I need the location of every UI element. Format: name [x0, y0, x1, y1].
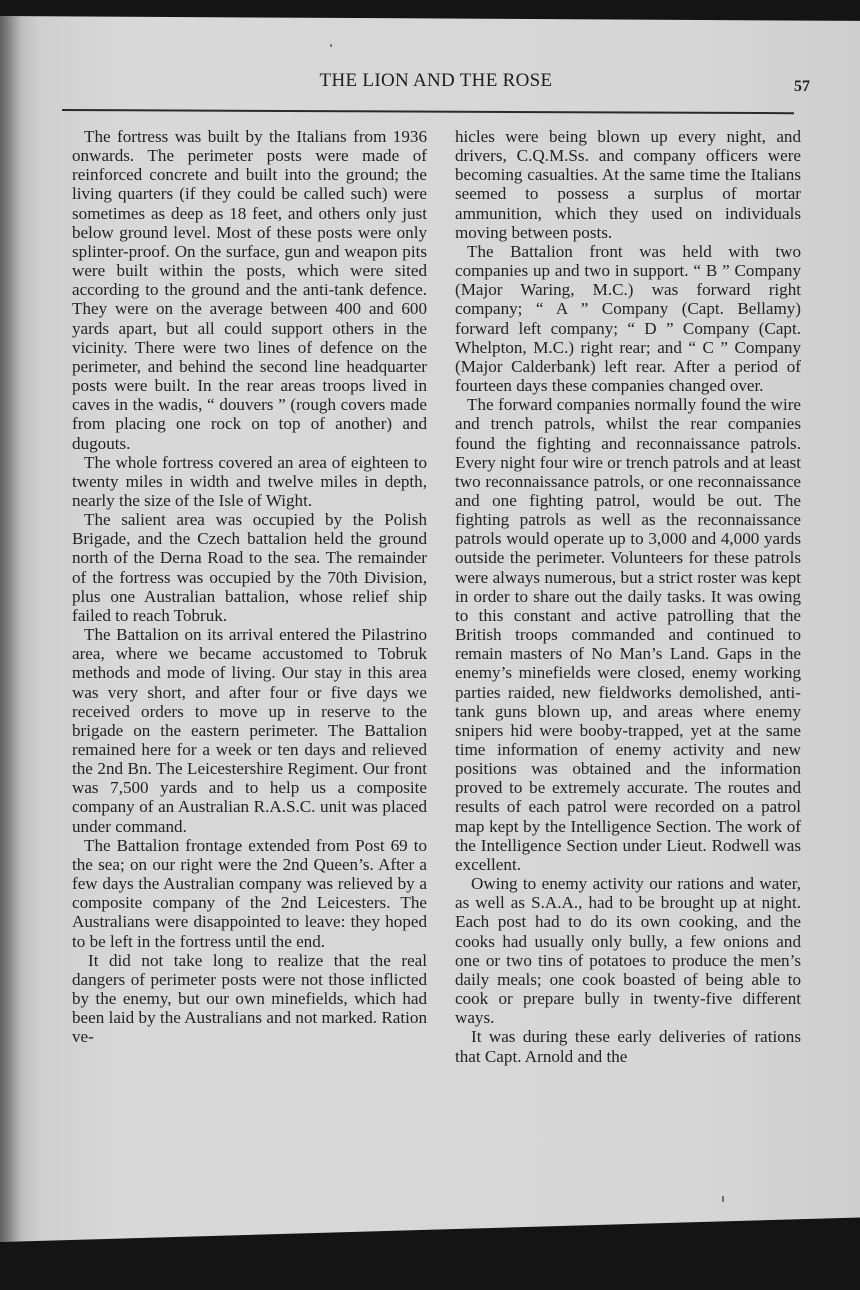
book-page: THE LION AND THE ROSE 57 The fortress wa…: [0, 16, 860, 1242]
paragraph: It was during these early deliveries of …: [455, 1027, 801, 1065]
gutter-shadow: [0, 16, 22, 1242]
paragraph: The salient area was occupied by the Pol…: [72, 510, 427, 625]
right-column: hicles were being blown up every night, …: [455, 127, 801, 1066]
scanned-page-frame: THE LION AND THE ROSE 57 The fortress wa…: [0, 0, 860, 1290]
running-header: THE LION AND THE ROSE 57: [62, 68, 810, 98]
paragraph: The Battalion on its arrival entered the…: [72, 625, 427, 836]
paragraph: The fortress was built by the Italians f…: [72, 127, 427, 453]
running-title: THE LION AND THE ROSE: [62, 70, 810, 92]
paragraph: Owing to enemy activity our rations and …: [455, 874, 801, 1027]
paragraph: The Battalion frontage extended from Pos…: [72, 836, 427, 951]
paper-blemish: [330, 44, 332, 47]
left-column: The fortress was built by the Italians f…: [72, 127, 427, 1047]
page-number: 57: [794, 78, 810, 96]
paper-blemish: [722, 1196, 724, 1202]
paragraph: It did not take long to realize that the…: [72, 951, 427, 1047]
header-rule: [62, 109, 794, 114]
paragraph: The Battalion front was held with two co…: [455, 242, 801, 395]
paragraph: The whole fortress covered an area of ei…: [72, 453, 427, 510]
paragraph-continued: hicles were being blown up every night, …: [455, 127, 801, 242]
paragraph: The forward companies normally found the…: [455, 395, 801, 874]
